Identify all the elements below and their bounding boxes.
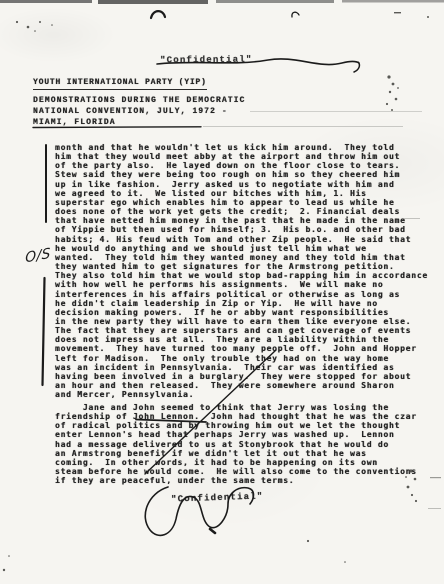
paragraph-1: month and that he wouldn't let us kick h… [55,143,428,399]
scanned-document-page: YOUTH INTERNATIONAL PARTY (YIP) DEMONSTR… [0,0,444,584]
paragraph-2: Jane and John seemed to think that Jerry… [55,403,417,485]
document-title: YOUTH INTERNATIONAL PARTY (YIP) [33,78,207,90]
margin-note-os: O/S [25,246,51,267]
confidential-stamp-top: "Confidential" [160,55,253,66]
document-subject: DEMONSTRATIONS DURING THE DEMOCRATIC NAT… [33,95,245,128]
confidential-stamp-bottom: "Confidential" [171,491,264,504]
